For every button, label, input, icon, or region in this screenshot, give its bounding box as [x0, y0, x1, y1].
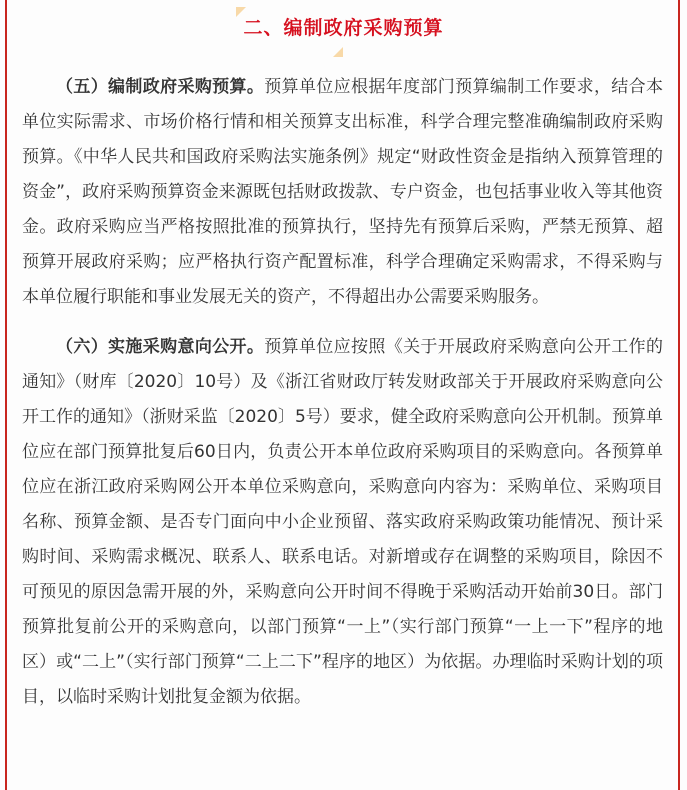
paragraph-lead: （五）编制政府采购预算。 — [56, 77, 264, 97]
paragraph-intent-disclosure: （六）实施采购意向公开。预算单位应按照《关于开展政府采购意向公开工作的通知》（财… — [22, 330, 663, 715]
paragraph-body: 预算单位应根据年度部门预算编制工作要求，结合本单位实际需求、市场价格行情和相关预… — [22, 77, 663, 307]
section-title: 二、编制政府采购预算 — [0, 13, 687, 40]
article-body: （五）编制政府采购预算。预算单位应根据年度部门预算编制工作要求，结合本单位实际需… — [22, 70, 663, 730]
paragraph-budget-preparation: （五）编制政府采购预算。预算单位应根据年度部门预算编制工作要求，结合本单位实际需… — [22, 70, 663, 315]
paragraph-body: 预算单位应按照《关于开展政府采购意向公开工作的通知》（财库〔2020〕10号）及… — [22, 337, 663, 707]
section-heading: 二、编制政府采购预算 — [0, 0, 687, 60]
corner-decoration-bottom-right-icon — [333, 47, 343, 57]
paragraph-lead: （六）实施采购意向公开。 — [56, 337, 264, 357]
